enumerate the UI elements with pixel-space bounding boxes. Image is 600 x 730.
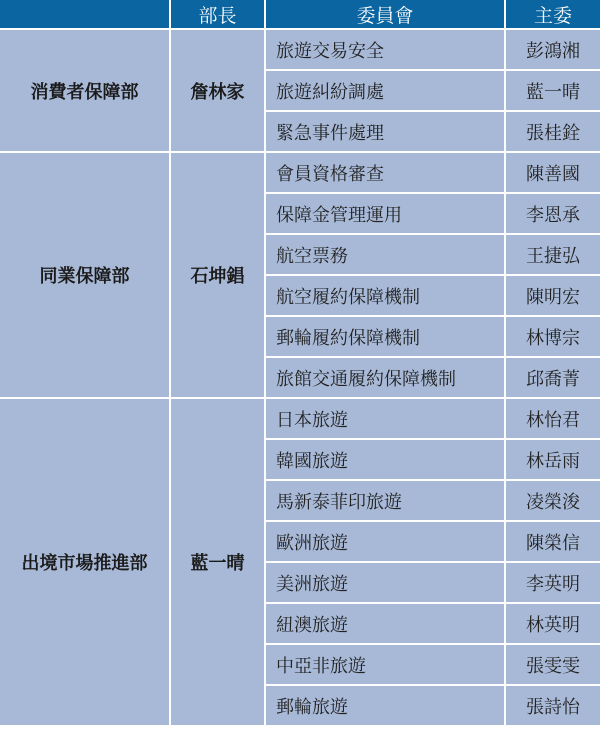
department-head-cell: 藍一晴 xyxy=(170,398,265,726)
chair-cell: 林博宗 xyxy=(505,316,600,357)
chair-cell: 張雯雯 xyxy=(505,644,600,685)
chair-cell: 林怡君 xyxy=(505,398,600,439)
committee-cell: 中亞非旅遊 xyxy=(265,644,505,685)
committee-cell: 郵輪旅遊 xyxy=(265,685,505,726)
committee-cell: 美洲旅遊 xyxy=(265,562,505,603)
department-head-cell: 詹林家 xyxy=(170,29,265,152)
chair-cell: 李英明 xyxy=(505,562,600,603)
chair-cell: 林英明 xyxy=(505,603,600,644)
header-department xyxy=(0,0,170,29)
committee-cell: 紐澳旅遊 xyxy=(265,603,505,644)
header-chair: 主委 xyxy=(505,0,600,29)
chair-cell: 陳善國 xyxy=(505,152,600,193)
committee-cell: 航空履約保障機制 xyxy=(265,275,505,316)
header-committee: 委員會 xyxy=(265,0,505,29)
chair-cell: 彭鴻湘 xyxy=(505,29,600,70)
committee-cell: 旅館交通履約保障機制 xyxy=(265,357,505,398)
table-row: 同業保障部 石坤錩 會員資格審查 陳善國 xyxy=(0,152,600,193)
department-cell: 出境市場推進部 xyxy=(0,398,170,726)
chair-cell: 李恩承 xyxy=(505,193,600,234)
committee-cell: 保障金管理運用 xyxy=(265,193,505,234)
table-row: 消費者保障部 詹林家 旅遊交易安全 彭鴻湘 xyxy=(0,29,600,70)
committee-cell: 會員資格審查 xyxy=(265,152,505,193)
chair-cell: 張桂銓 xyxy=(505,111,600,152)
header-row: 部長 委員會 主委 xyxy=(0,0,600,29)
chair-cell: 陳明宏 xyxy=(505,275,600,316)
committee-cell: 旅遊糾紛調處 xyxy=(265,70,505,111)
department-head-cell: 石坤錩 xyxy=(170,152,265,398)
committee-cell: 歐洲旅遊 xyxy=(265,521,505,562)
committee-cell: 韓國旅遊 xyxy=(265,439,505,480)
chair-cell: 邱喬菁 xyxy=(505,357,600,398)
chair-cell: 張詩怡 xyxy=(505,685,600,726)
chair-cell: 凌榮浚 xyxy=(505,480,600,521)
department-cell: 消費者保障部 xyxy=(0,29,170,152)
chair-cell: 陳榮信 xyxy=(505,521,600,562)
chair-cell: 林岳雨 xyxy=(505,439,600,480)
committee-cell: 緊急事件處理 xyxy=(265,111,505,152)
chair-cell: 王捷弘 xyxy=(505,234,600,275)
chair-cell: 藍一晴 xyxy=(505,70,600,111)
committee-cell: 旅遊交易安全 xyxy=(265,29,505,70)
committee-cell: 航空票務 xyxy=(265,234,505,275)
header-head: 部長 xyxy=(170,0,265,29)
committee-cell: 郵輪履約保障機制 xyxy=(265,316,505,357)
committee-cell: 日本旅遊 xyxy=(265,398,505,439)
table-row: 出境市場推進部 藍一晴 日本旅遊 林怡君 xyxy=(0,398,600,439)
committee-cell: 馬新泰菲印旅遊 xyxy=(265,480,505,521)
committee-table: 部長 委員會 主委 消費者保障部 詹林家 旅遊交易安全 彭鴻湘 旅遊糾紛調處 藍… xyxy=(0,0,600,727)
department-cell: 同業保障部 xyxy=(0,152,170,398)
